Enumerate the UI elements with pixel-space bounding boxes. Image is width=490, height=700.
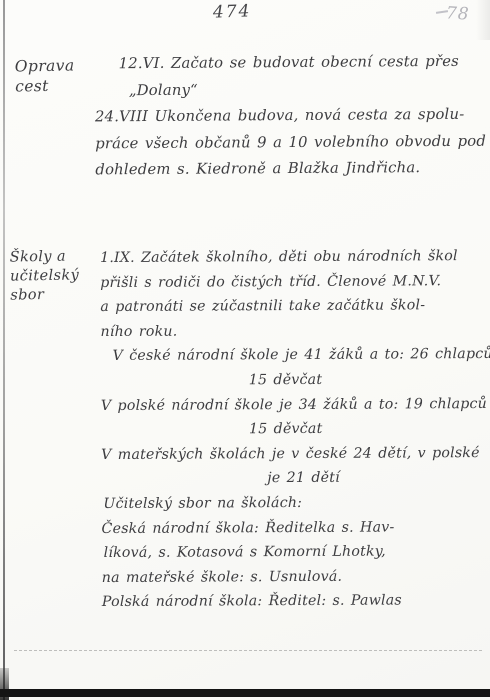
handwritten-line: práce všech občanů 9 a 10 volebního obvo…	[95, 128, 486, 157]
entry-body-oprava-cest: 12.VI. Začato se budovat obecní cesta př…	[95, 49, 487, 184]
entry-body-skoly: 1.IX. Začátek školního, děti obu národní…	[100, 244, 490, 615]
margin-heading-line: učitelský	[10, 266, 79, 286]
handwritten-line: a patronáti se zúčastnili take začátku š…	[100, 293, 490, 320]
handwritten-line: dohledem s. Kiedroně a Blažka Jindřicha.	[95, 155, 486, 184]
margin-heading-line: Oprava	[15, 55, 75, 76]
chronicle-scanned-page: 474 78 Oprava cest 12.VI. Začato se budo…	[0, 0, 490, 700]
handwritten-line: 12.VI. Začato se budovat obecní cesta př…	[119, 49, 486, 78]
handwritten-line: Česká národní škola: Ředitelka s. Hav-	[101, 515, 490, 542]
handwritten-line: 15 děvčat	[249, 416, 490, 442]
margin-heading-line: Školy a	[10, 247, 79, 267]
handwritten-line: V polské národní škole je 34 žáků a to: …	[101, 392, 490, 419]
scan-left-edge-line	[3, 0, 5, 700]
handwritten-line: přišli s rodiči do čistých tříd. Členové…	[100, 269, 490, 296]
page-number: 474	[213, 1, 252, 22]
handwritten-line: V české národní škole je 41 žáků a to: 2…	[113, 342, 490, 369]
handwritten-line: líková, s. Kotasová s Komorní Lhotky,	[104, 539, 490, 566]
corner-page-mark: 78	[445, 3, 470, 24]
margin-heading-oprava-cest: Oprava cest	[15, 55, 75, 96]
handwritten-line: ního roku.	[100, 318, 490, 345]
margin-heading-line: sbor	[10, 285, 79, 305]
scan-corner-smudge	[476, 0, 490, 40]
handwritten-line: Polská národní škola: Ředitel: s. Pawlas	[102, 588, 490, 615]
margin-heading-line: cest	[15, 75, 75, 96]
handwritten-line: na mateřské škole: s. Usnulová.	[102, 564, 490, 591]
handwritten-line: 15 děvčat	[249, 367, 490, 393]
handwritten-line: Učitelský sbor na školách:	[103, 490, 490, 517]
handwritten-line: je 21 dětí	[267, 465, 490, 491]
handwritten-line: „Dolany“	[129, 75, 486, 104]
handwritten-line: 1.IX. Začátek školního, děti obu národní…	[100, 244, 490, 271]
handwritten-line: V mateřských školách je v české 24 dětí,…	[101, 441, 490, 468]
margin-heading-skoly-a-ucitelsky-sbor: Školy a učitelský sbor	[10, 247, 80, 305]
handwritten-line: 24.VIII Ukončena budova, nová cesta za s…	[95, 102, 486, 131]
faint-horizontal-rule	[14, 650, 482, 651]
scan-bottom-edge-bar	[0, 689, 490, 697]
